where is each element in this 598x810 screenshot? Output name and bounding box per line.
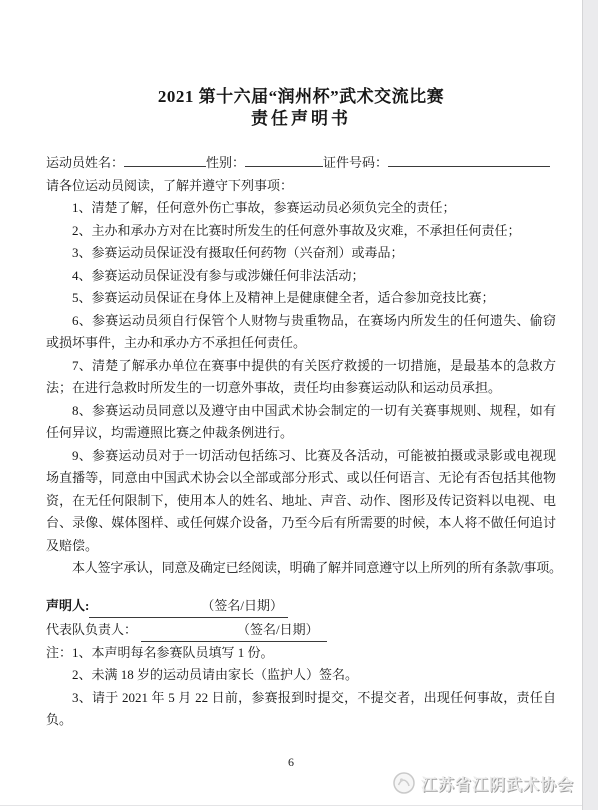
document-screenshot: 2021 第十六届“润州杯”武术交流比赛 责任声明书 运动员姓名：性别：证件号码… (0, 0, 598, 810)
note-1-row: 注：1、本声明每名参赛队员填写 1 份。 (46, 642, 556, 665)
clause-2: 2、主办和承办方对在比赛时所发生的任何意外事故及灾难，不承担任何责任； (46, 220, 556, 243)
document-title: 责任声明书 (46, 108, 556, 130)
id-number-label: 证件号码： (323, 155, 388, 170)
clause-7: 7、清楚了解承办单位在赛事中提供的有关医疗救援的一切措施，是最基本的急救方法；在… (46, 355, 556, 400)
team-leader-signature-row: 代表队负责人：（签名/日期） (46, 618, 556, 642)
gender-blank (245, 153, 323, 167)
clause-9: 9、参赛运动员对于一切活动包括练习、比赛及各活动，可能被拍摄或录影或电视现场直播… (46, 445, 556, 558)
id-number-blank (388, 153, 550, 167)
athlete-name-blank (124, 153, 206, 167)
team-leader-signature-line: （签名/日期） (141, 618, 327, 642)
team-leader-label: 代表队负责人： (46, 622, 137, 637)
athlete-name-label: 运动员姓名： (46, 155, 124, 170)
wushu-association-emblem-icon (392, 771, 416, 795)
document-page: 2021 第十六届“润州杯”武术交流比赛 责任声明书 运动员姓名：性别：证件号码… (0, 0, 582, 810)
declarant-label: 声明人: (46, 598, 89, 613)
declarant-sign-hint: （签名/日期） (201, 598, 283, 613)
watermark: 江苏省江阴武术协会 (392, 771, 574, 795)
clause-5: 5、参赛运动员保证在身体上及精神上是健康健全者，适合参加竞技比赛； (46, 287, 556, 310)
notes-block: 注：1、本声明每名参赛队员填写 1 份。 2、未满 18 岁的运动员请由家长（监… (46, 642, 556, 732)
clause-4: 4、参赛运动员保证没有参与或涉嫌任何非法活动； (46, 265, 556, 288)
clause-1: 1、清楚了解，任何意外伤亡事故，参赛运动员必须负完全的责任； (46, 197, 556, 220)
note-1: 1、本声明每名参赛队员填写 1 份。 (72, 645, 274, 660)
gender-label: 性别： (206, 155, 245, 170)
confirmation-statement: 本人签字承认，同意及确定已经阅读，明确了解并同意遵守以上所列的所有条款/事项。 (46, 557, 556, 580)
signature-block: 声明人:（签名/日期） 代表队负责人：（签名/日期） (46, 594, 556, 642)
declarant-signature-row: 声明人:（签名/日期） (46, 594, 556, 618)
team-leader-sign-hint: （签名/日期） (237, 622, 319, 637)
page-content: 2021 第十六届“润州杯”武术交流比赛 责任声明书 运动员姓名：性别：证件号码… (0, 0, 582, 732)
page-bottom-edge (0, 805, 582, 806)
clause-3: 3、参赛运动员保证没有摄取任何药物（兴奋剂）或毒品； (46, 242, 556, 265)
clause-8: 8、参赛运动员同意以及遵守由中国武术协会制定的一切有关赛事规则、规程，如有任何异… (46, 400, 556, 445)
intro-line: 请各位运动员阅读，了解并遵守下列事项： (46, 175, 556, 198)
note-2: 2、未满 18 岁的运动员请由家长（监护人）签名。 (46, 664, 556, 687)
notes-label: 注： (46, 645, 72, 660)
watermark-text: 江苏省江阴武术协会 (421, 772, 574, 795)
declarant-signature-line: （签名/日期） (89, 594, 288, 618)
page-number: 6 (0, 755, 582, 770)
clause-6: 6、参赛运动员须自行保管个人财物与贵重物品，在赛场内所发生的任何遗失、偷窃或损坏… (46, 310, 556, 355)
athlete-info-line: 运动员姓名：性别：证件号码： (46, 152, 556, 175)
competition-title: 2021 第十六届“润州杯”武术交流比赛 (46, 86, 556, 107)
note-3: 3、请于 2021 年 5 月 22 日前，参赛报到时提交，不提交者，出现任何事… (46, 687, 556, 732)
right-margin-strip (582, 0, 598, 810)
